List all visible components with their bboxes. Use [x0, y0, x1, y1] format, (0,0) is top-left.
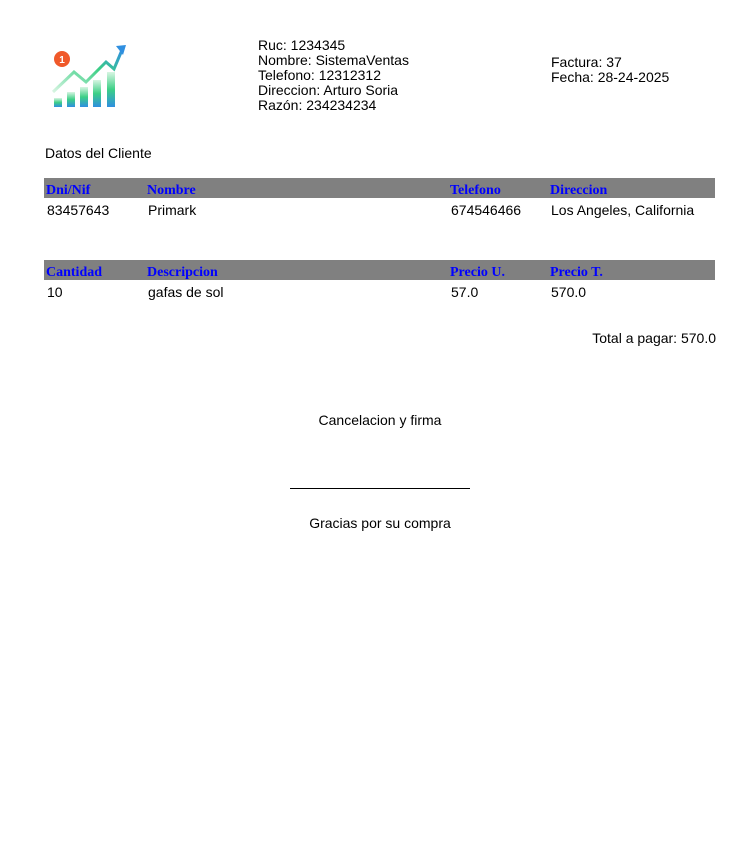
- header-telefono: Telefono: [448, 178, 548, 198]
- invoice-info: Factura: 37 Fecha: 28-24-2025: [551, 55, 669, 85]
- header-precio-unitario: Precio U.: [448, 260, 548, 280]
- total-to-pay: Total a pagar: 570.0: [592, 330, 716, 346]
- growth-chart-icon: 1: [50, 42, 130, 110]
- client-telefono: 674546466: [448, 198, 548, 218]
- items-table: Cantidad Descripcion Precio U. Precio T.…: [44, 260, 715, 300]
- header-cantidad: Cantidad: [44, 260, 145, 280]
- client-table-header: Dni/Nif Nombre Telefono Direccion: [44, 178, 715, 198]
- header-direccion: Direccion: [548, 178, 715, 198]
- client-table: Dni/Nif Nombre Telefono Direccion 834576…: [44, 178, 715, 218]
- client-nombre: Primark: [145, 198, 448, 218]
- item-descripcion: gafas de sol: [145, 280, 448, 300]
- company-razon: Razón: 234234234: [258, 98, 409, 113]
- table-row: 10 gafas de sol 57.0 570.0: [44, 280, 715, 300]
- item-precio-unitario: 57.0: [448, 280, 548, 300]
- header-nombre: Nombre: [145, 178, 448, 198]
- company-name: Nombre: SistemaVentas: [258, 53, 409, 68]
- header-descripcion: Descripcion: [145, 260, 448, 280]
- company-phone: Telefono: 12312312: [258, 68, 409, 83]
- signature-label: Cancelacion y firma: [0, 412, 754, 428]
- client-section-title: Datos del Cliente: [45, 145, 152, 161]
- header-dni: Dni/Nif: [44, 178, 145, 198]
- thanks-message: Gracias por su compra: [0, 515, 754, 531]
- table-row: 83457643 Primark 674546466 Los Angeles, …: [44, 198, 715, 218]
- company-ruc: Ruc: 1234345: [258, 38, 409, 53]
- badge-count: 1: [59, 55, 65, 66]
- signature-line: [290, 488, 470, 489]
- items-table-header: Cantidad Descripcion Precio U. Precio T.: [44, 260, 715, 280]
- company-address: Direccion: Arturo Soria: [258, 83, 409, 98]
- item-precio-total: 570.0: [548, 280, 715, 300]
- invoice-date: Fecha: 28-24-2025: [551, 70, 669, 85]
- invoice-number: Factura: 37: [551, 55, 669, 70]
- client-direccion: Los Angeles, California: [548, 198, 715, 218]
- header-precio-total: Precio T.: [548, 260, 715, 280]
- client-dni: 83457643: [44, 198, 145, 218]
- company-info: Ruc: 1234345 Nombre: SistemaVentas Telef…: [258, 38, 409, 113]
- item-cantidad: 10: [44, 280, 145, 300]
